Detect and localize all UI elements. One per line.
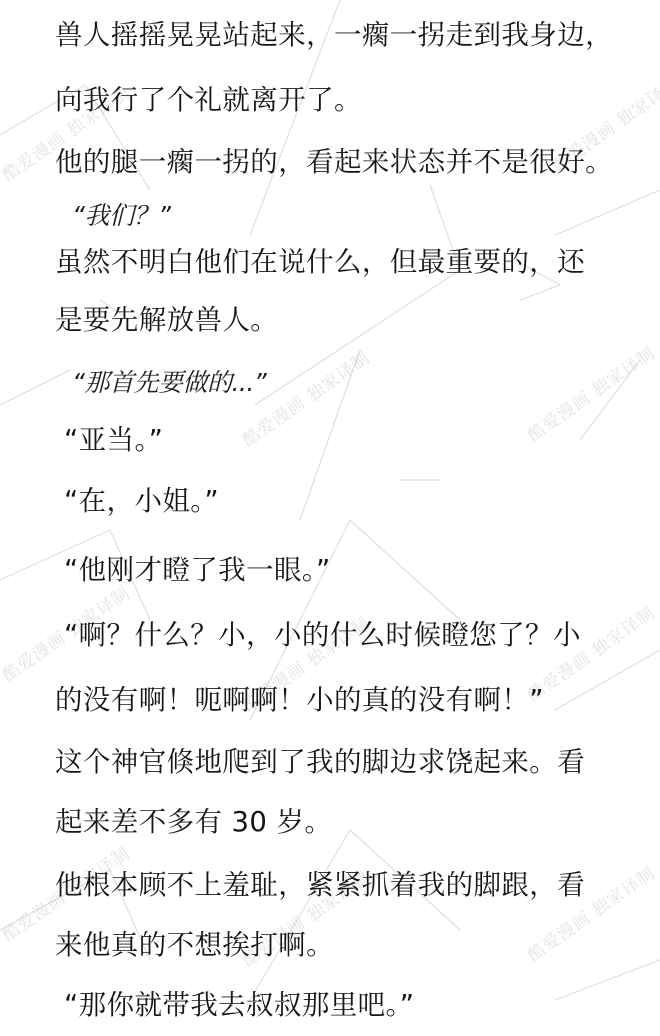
inner-thought-line: “那首先要做的...” bbox=[72, 366, 266, 400]
novel-page: 酷爱漫画 独家译制 酷爱漫画 独家译制 酷爱漫画 独家译制 酷爱漫画 独家译制 … bbox=[0, 0, 660, 1036]
inner-thought-line: “我们？” bbox=[72, 199, 170, 233]
paragraph-line: 来他真的不想挨打啊。 bbox=[55, 928, 334, 962]
dialogue-line: “那你就带我去叔叔那里吧。” bbox=[64, 988, 414, 1022]
novel-text: 兽人摇摇晃晃站起来，一瘸一拐走到我身边， 向我行了个礼就离开了。 他的腿一瘸一拐… bbox=[0, 0, 660, 1036]
dialogue-line: “他刚才瞪了我一眼。” bbox=[64, 553, 331, 587]
dialogue-line: “在，小姐。” bbox=[64, 484, 219, 518]
paragraph-line: 他的腿一瘸一拐的，看起来状态并不是很好。 bbox=[55, 145, 613, 179]
paragraph-line: 起来差不多有 30 岁。 bbox=[55, 805, 332, 839]
paragraph-line: 兽人摇摇晃晃站起来，一瘸一拐走到我身边， bbox=[55, 18, 613, 52]
paragraph-line: 向我行了个礼就离开了。 bbox=[55, 83, 362, 117]
dialogue-line: “亚当。” bbox=[64, 423, 163, 457]
paragraph-line: 他根本顾不上羞耻，紧紧抓着我的脚跟，看 bbox=[55, 868, 585, 902]
paragraph-line: 这个神官倏地爬到了我的脚边求饶起来。看 bbox=[55, 745, 585, 779]
paragraph-line: 虽然不明白他们在说什么，但最重要的，还 bbox=[55, 245, 585, 279]
dialogue-line: “啊？什么？小，小的什么时候瞪您了？小 bbox=[64, 618, 581, 652]
dialogue-line: 的没有啊！呃啊啊！小的真的没有啊！” bbox=[55, 683, 544, 717]
paragraph-line: 是要先解放兽人。 bbox=[55, 303, 278, 337]
